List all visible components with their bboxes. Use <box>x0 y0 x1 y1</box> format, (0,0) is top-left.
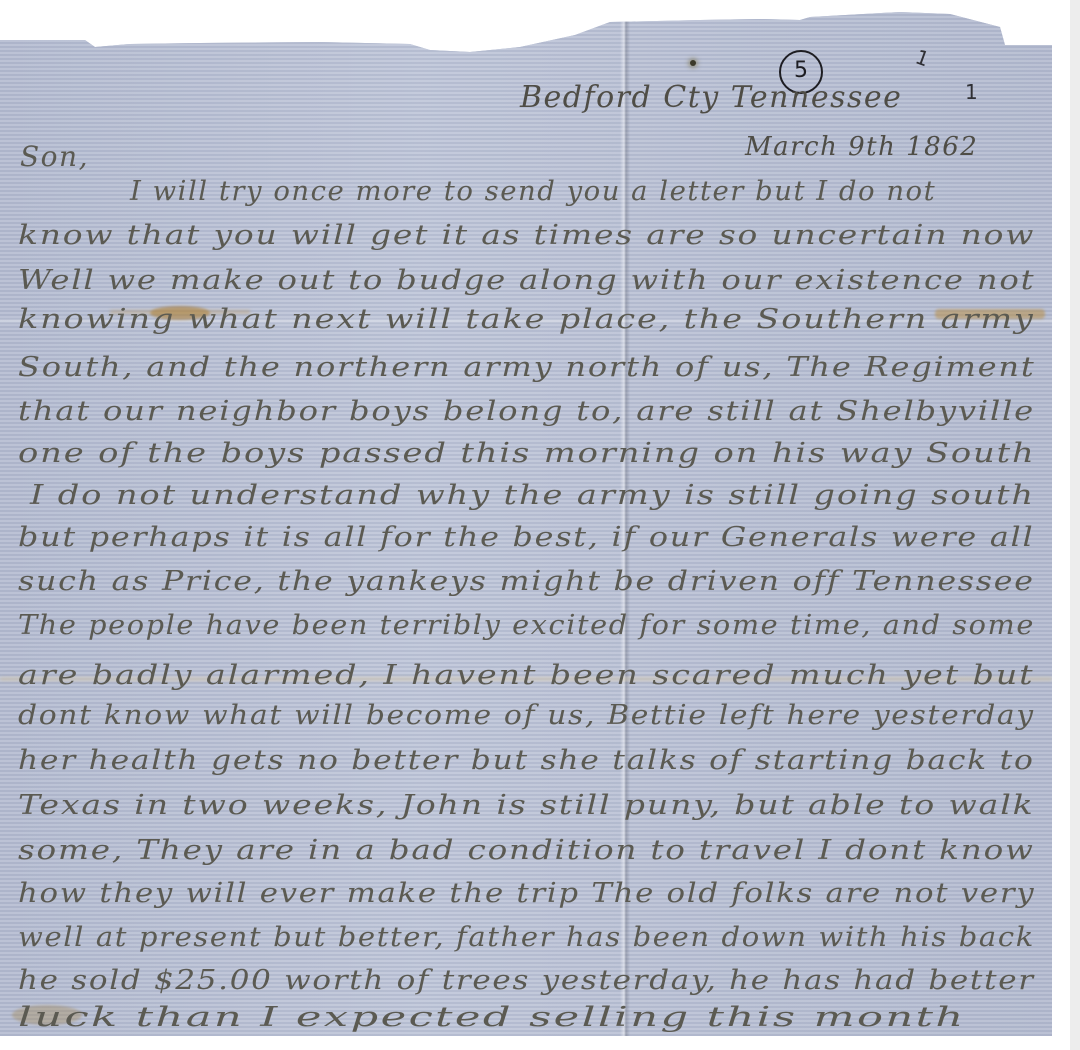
letter-line: such as Price, the yankeys might be driv… <box>18 566 1035 597</box>
ink-spot <box>690 60 696 66</box>
letter-page: 5 1 1 Bedford Cty Tennessee March 9th 18… <box>0 0 1052 1036</box>
letter-line: know that you will get it as times are s… <box>18 220 1035 251</box>
letter-line: dont know what will become of us, Bettie… <box>18 700 1035 731</box>
letter-line: he sold $25.00 worth of trees yesterday,… <box>18 965 1035 996</box>
letter-place: Bedford Cty Tennessee <box>520 80 902 115</box>
letter-line: knowing what next will take place, the S… <box>18 304 1035 335</box>
letter-line: that our neighbor boys belong to, are st… <box>18 396 1035 427</box>
letter-line: The people have been terribly excited fo… <box>18 610 1035 641</box>
letter-line: Texas in two weeks, John is still puny, … <box>18 790 1035 821</box>
letter-line: her health gets no better but she talks … <box>18 745 1035 776</box>
scan-border <box>1070 0 1080 1050</box>
letter-line: I will try once more to send you a lette… <box>130 176 1035 207</box>
page-mark: 1 <box>965 80 978 104</box>
letter-line: well at present but better, father has b… <box>18 922 1035 953</box>
letter-line: but perhaps it is all for the best, if o… <box>18 522 1034 553</box>
letter-line: how they will ever make the trip The old… <box>18 878 1035 909</box>
page-mark: 1 <box>912 45 932 72</box>
letter-line: one of the boys passed this morning on h… <box>18 438 1036 469</box>
letter-line: some, They are in a bad condition to tra… <box>18 835 1035 866</box>
letter-date: March 9th 1862 <box>745 132 978 162</box>
letter-line: I do not understand why the army is stil… <box>30 480 1035 511</box>
letter-line: South, and the northern army north of us… <box>18 352 1036 383</box>
letter-line: luck than I expected selling this month <box>18 1002 966 1033</box>
letter-line: are badly alarmed, I havent been scared … <box>18 660 1034 691</box>
letter-line: Well we make out to budge along with our… <box>18 265 1035 296</box>
letter-salutation: Son, <box>20 140 89 173</box>
